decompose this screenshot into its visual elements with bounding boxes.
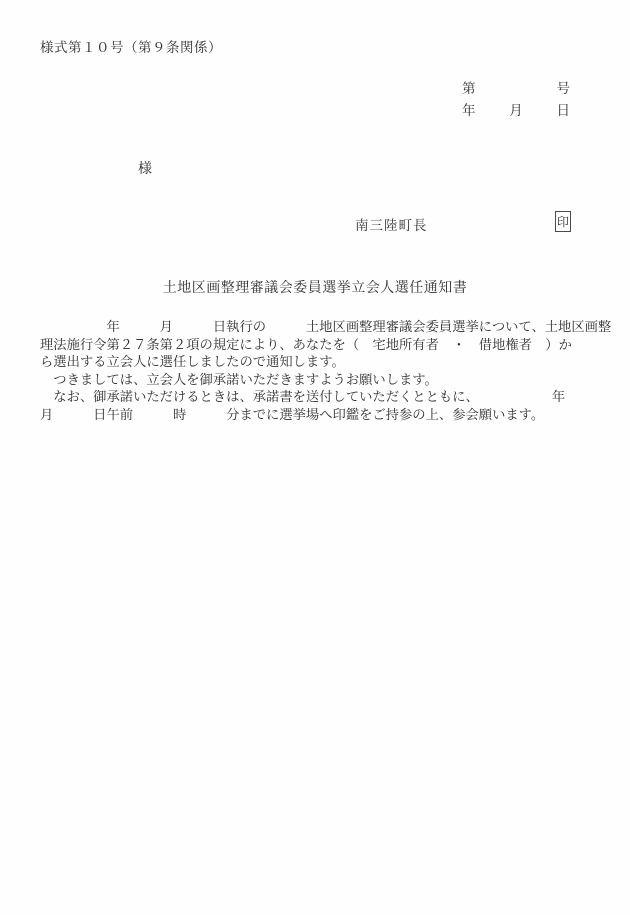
date-month-label: 月	[509, 99, 523, 119]
body-line: 理法施行令第２７条第２項の規定により、あなたを（ 宅地所有者 ・ 借地権者 ）か	[40, 336, 615, 354]
form-number: 様式第１０号（第９条関係）	[40, 36, 222, 56]
body-line: ら選出する立会人に選任しましたので通知します。	[40, 353, 615, 371]
date-day-label: 日	[557, 99, 571, 119]
body-line: 月 日午前 時 分までに選挙場へ印鑑をご持参の上、参会願います。	[40, 406, 615, 424]
issue-number-line: 第 号	[462, 77, 570, 97]
issue-number-prefix: 第	[462, 77, 476, 97]
addressee-honorific: 様	[138, 158, 152, 178]
issue-date-line: 年 月 日	[462, 99, 570, 119]
body-line: なお、御承諾いただけるときは、承諾書を送付していただくとともに、 年	[40, 388, 615, 406]
body-line: つきましては、立会人を御承諾いただきますようお願いします。	[40, 371, 615, 389]
issue-number-suffix: 号	[557, 77, 571, 97]
document-title: 土地区画整理審議会委員選挙立会人選任通知書	[0, 277, 630, 297]
body-line: 年 月 日執行の 土地区画整理審議会委員選挙について、土地区画整	[40, 318, 615, 336]
document-page: 様式第１０号（第９条関係） 第 号 年 月 日 様 南三陸町長 印 土地区画整理…	[0, 0, 630, 915]
date-year-label: 年	[462, 99, 476, 119]
document-body: 年 月 日執行の 土地区画整理審議会委員選挙について、土地区画整 理法施行令第２…	[40, 318, 615, 424]
sender-title: 南三陸町長	[355, 214, 428, 234]
seal-stamp: 印	[555, 211, 571, 232]
